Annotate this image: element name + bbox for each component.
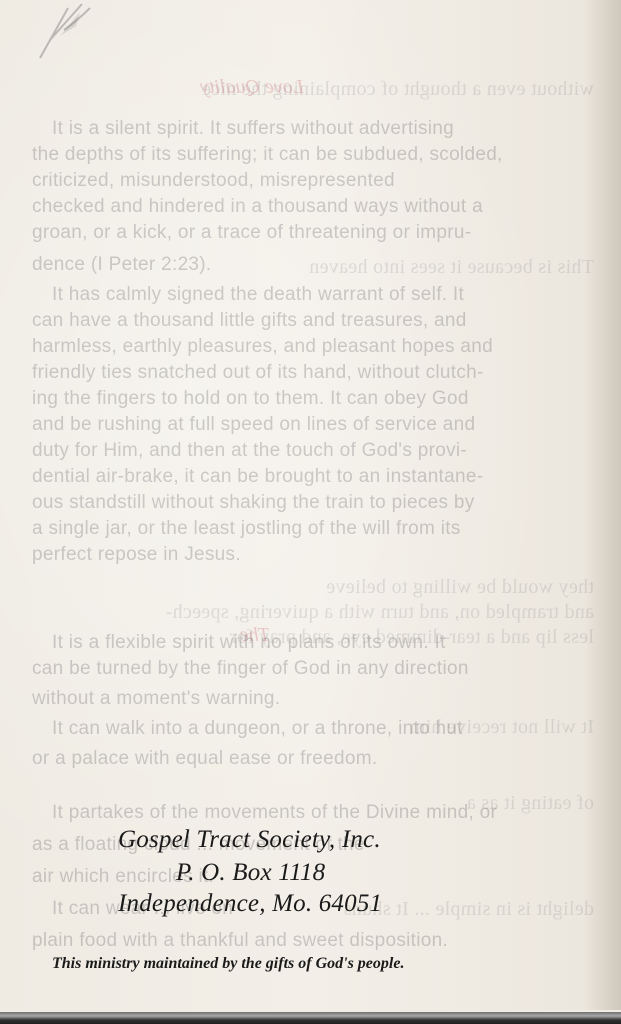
show-through-line: can be turned by the finger of God in an… — [32, 656, 594, 682]
show-through-line: a single jar, or the least jostling of t… — [32, 516, 594, 542]
reverse-heading: The — [240, 624, 270, 647]
publisher-po-box: P. O. Box 1118 — [176, 858, 325, 888]
tract-page: without even a thought of complaining th… — [0, 0, 621, 1010]
show-through-line: It is a silent spirit. It suffers withou… — [52, 116, 614, 142]
reverse-line: of eating it as a — [32, 790, 594, 816]
reverse-heading: Love Quality — [200, 76, 304, 99]
show-through-line: harmless, earthly pleasures, and pleasan… — [32, 334, 594, 360]
publisher-city: Independence, Mo. 64051 — [118, 889, 382, 919]
reverse-line: less lip and a tear-dimmed eye, and pray… — [32, 624, 594, 650]
show-through-line: It partakes of the movements of the Divi… — [52, 800, 614, 826]
reverse-line: without even a thought of complaining th… — [32, 76, 594, 102]
show-through-line: criticized, misunderstood, misrepresente… — [32, 168, 594, 194]
ministry-tagline: This ministry maintained by the gifts of… — [52, 955, 404, 973]
show-through-line: or a palace with equal ease or freedom. — [32, 746, 594, 772]
show-through-line: the depths of its suffering; it can be s… — [32, 142, 594, 168]
scanner-bottom-edge — [0, 1012, 621, 1024]
show-through-line: dential air-brake, it can be brought to … — [32, 464, 594, 490]
show-through-line: perfect repose in Jesus. — [32, 542, 594, 568]
pencil-smudge-mark — [30, 0, 110, 60]
show-through-line: ous standstill without shaking the train… — [32, 490, 594, 516]
show-through-line: duty for Him, and then at the touch of G… — [32, 438, 594, 464]
show-through-line: It can walk into a dungeon, or a throne,… — [52, 716, 614, 742]
show-through-line: groan, or a kick, or a trace of threaten… — [32, 220, 594, 246]
show-through-line: ing the fingers to hold on to them. It c… — [32, 386, 594, 412]
show-through-line: checked and hindered in a thousand ways … — [32, 194, 594, 220]
show-through-line: can have a thousand little gifts and tre… — [32, 308, 594, 334]
reverse-line: and trampled on, and turn with a quiveri… — [32, 599, 594, 625]
show-through-line: friendly ties snatched out of its hand, … — [32, 360, 594, 386]
show-through-line: It has calmly signed the death warrant o… — [52, 282, 614, 308]
reverse-line: they would be willing to believe — [32, 574, 594, 600]
reverse-line: This is because it sees into heaven — [32, 254, 594, 280]
show-through-line: without a moment's warning. — [32, 686, 594, 712]
show-through-line: and be rushing at full speed on lines of… — [32, 412, 594, 438]
show-through-line: It is a flexible spirit with no plans of… — [52, 630, 614, 656]
show-through-line: plain food with a thankful and sweet dis… — [32, 928, 594, 954]
show-through-line: dence (I Peter 2:23). — [32, 252, 594, 278]
reverse-line: It will not receive him — [32, 714, 594, 740]
publisher-name: Gospel Tract Society, Inc. — [118, 825, 381, 855]
